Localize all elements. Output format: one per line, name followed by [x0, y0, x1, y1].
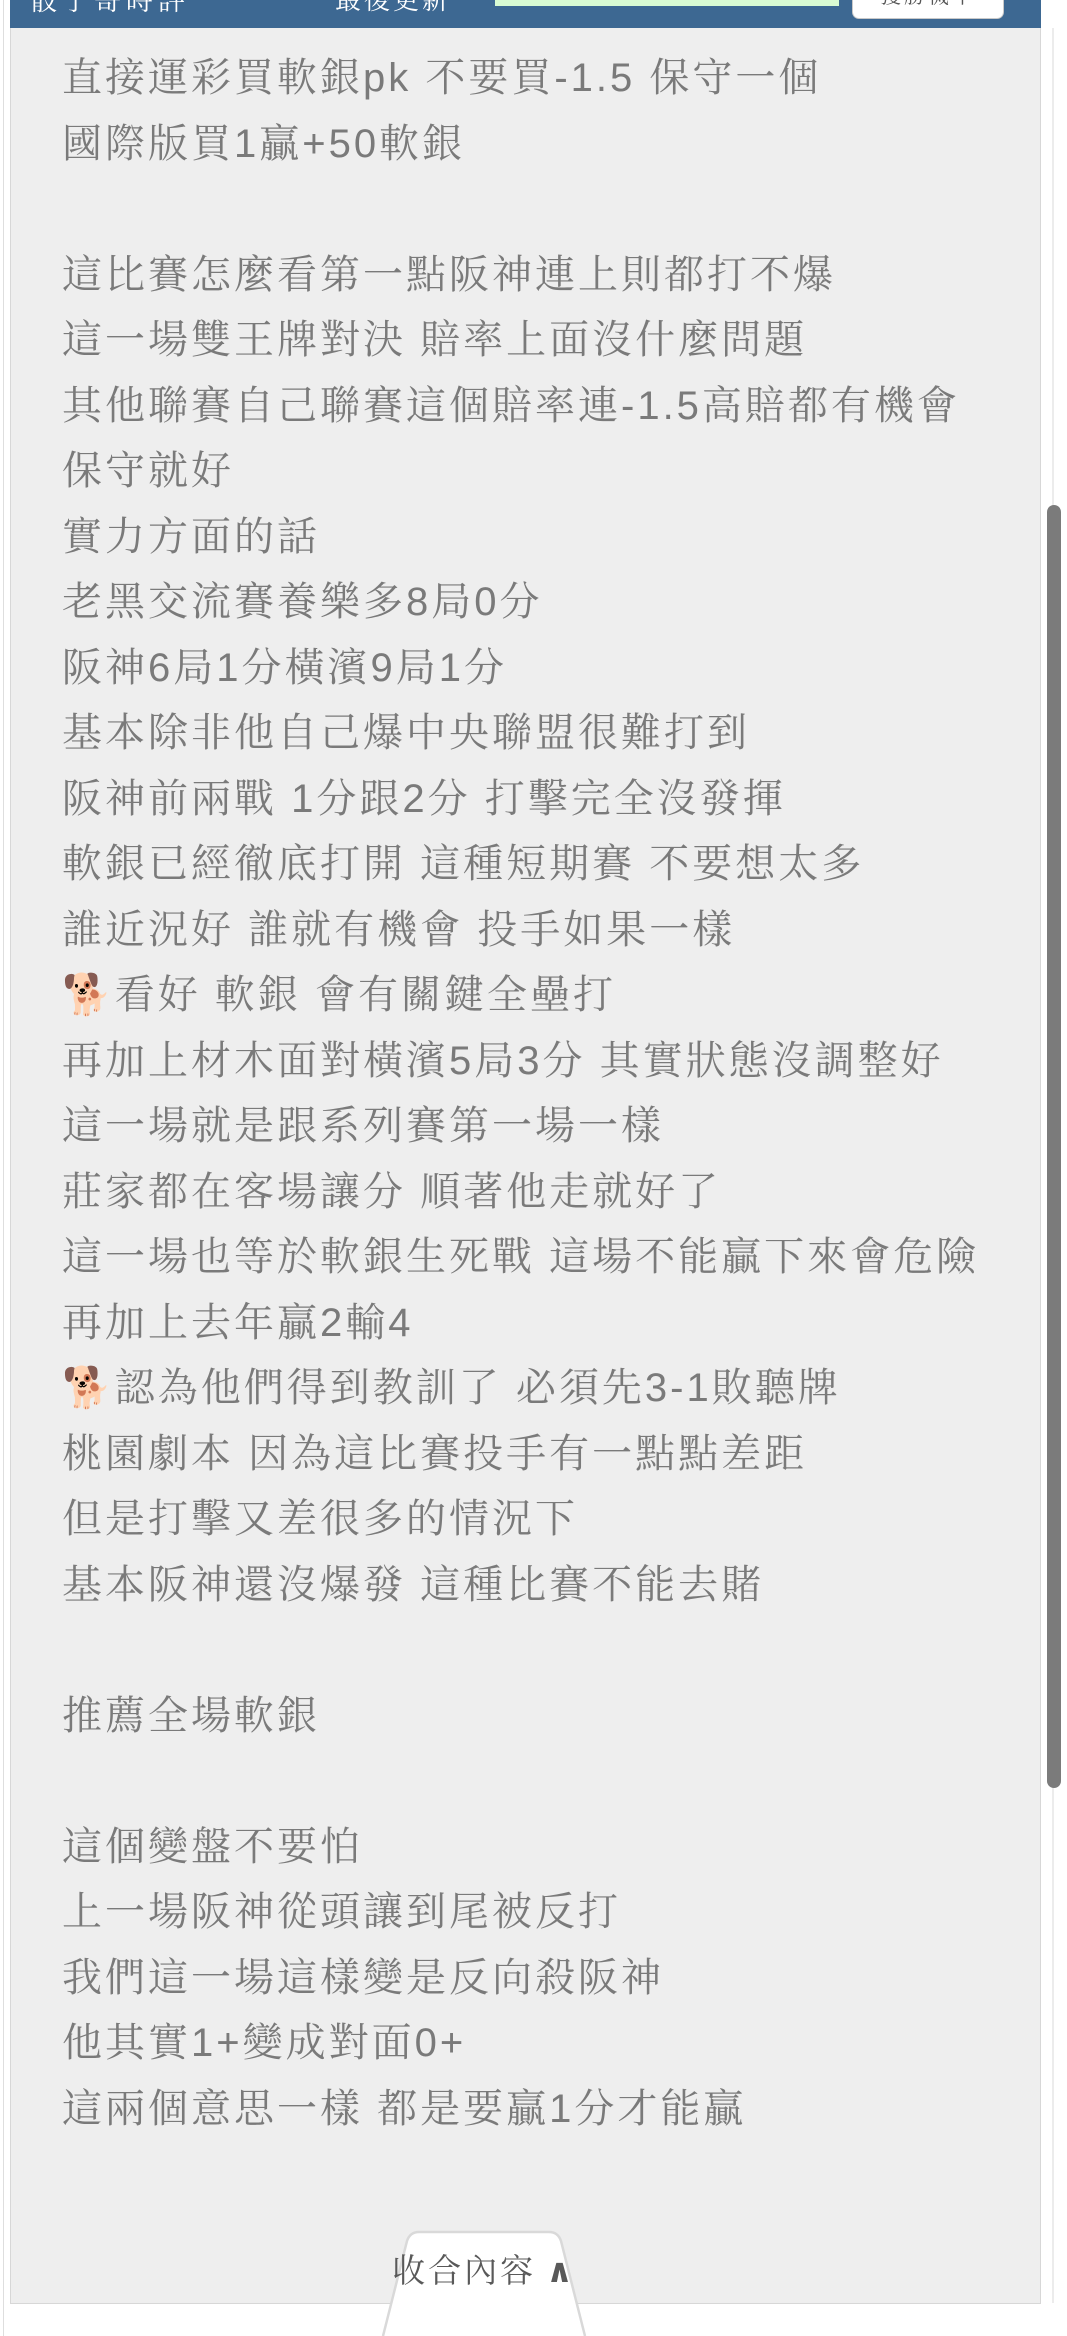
collapse-label-text: 收合內容: [392, 2252, 536, 2289]
article-line: 這個變盤不要怕: [62, 1815, 1011, 1881]
article-line: 上一場阪神從頭讓到尾被反打: [62, 1880, 1011, 1946]
article-body: 直接運彩買軟銀pk 不要買-1.5 保守一個國際版買1贏+50軟銀 這比賽怎麼看…: [10, 28, 1041, 2142]
article-line: 國際版買1贏+50軟銀: [62, 112, 1011, 178]
article-line: 🐕看好 軟銀 會有關鍵全壘打: [62, 963, 1011, 1029]
article-line: 我們這一場這樣變是反向殺阪神: [62, 1946, 1011, 2012]
collapse-content-button[interactable]: 收合內容∧: [377, 2229, 591, 2336]
article-line: [62, 1749, 1011, 1815]
article-line: [62, 1618, 1011, 1684]
article-line: 阪神前兩戰 1分跟2分 打擊完全沒發揮: [62, 767, 1011, 833]
article-line: [62, 177, 1011, 243]
article-line: 這一場也等於軟銀生死戰 這場不能贏下來會危險: [62, 1225, 1011, 1291]
article-line: 他其實1+變成對面0+: [62, 2011, 1011, 2077]
article-line: 推薦全場軟銀: [62, 1684, 1011, 1750]
article-line: 這兩個意思一樣 都是要贏1分才能贏: [62, 2077, 1011, 2143]
article-line: 再加上材木面對橫濱5局3分 其實狀態沒調整好: [62, 1029, 1011, 1095]
article-line: 其他聯賽自己聯賽這個賠率連-1.5高賠都有機會: [62, 374, 1011, 440]
article-line: 老黑交流賽養樂多8局0分: [62, 570, 1011, 636]
article-title: 骰子哥時評: [30, 0, 190, 18]
article-line: 但是打擊又差很多的情況下: [62, 1487, 1011, 1553]
scrollbar-thumb[interactable]: [1047, 505, 1061, 1788]
last-updated-label: 最後更新: [335, 0, 451, 17]
article-line: 保守就好: [62, 439, 1011, 505]
article-line: 🐕認為他們得到教訓了 必須先3-1敗聽牌: [62, 1356, 1011, 1422]
page-left-divider: [3, 0, 4, 2336]
article-line: 莊家都在客場讓分 順著他走就好了: [62, 1160, 1011, 1226]
article-line: 基本除非他自己爆中央聯盟很難打到: [62, 701, 1011, 767]
article-line: 阪神6局1分橫濱9局1分: [62, 636, 1011, 702]
article-line: 誰近況好 誰就有機會 投手如果一樣: [62, 898, 1011, 964]
chevron-up-icon: ∧: [546, 2252, 576, 2289]
article-line: 實力方面的話: [62, 505, 1011, 571]
page: { "header": { "title": "骰子哥時評", "updated…: [0, 0, 1067, 2336]
article-line: 這一場就是跟系列賽第一場一樣: [62, 1094, 1011, 1160]
article-line: 這一場雙王牌對決 賠率上面沒什麼問題: [62, 308, 1011, 374]
article-line: 桃園劇本 因為這比賽投手有一點點差距: [62, 1422, 1011, 1488]
last-updated-value: 2025/10/25 15:45:00: [495, 0, 839, 6]
article-line: 這比賽怎麼看第一點阪神連上則都打不爆: [62, 243, 1011, 309]
win-probability-button[interactable]: 獲勝機率: [852, 0, 1004, 19]
article-line: 再加上去年贏2輸4: [62, 1291, 1011, 1357]
article-line: 直接運彩買軟銀pk 不要買-1.5 保守一個: [62, 46, 1011, 112]
collapse-tab-label: 收合內容∧: [377, 2245, 591, 2292]
article-line: 軟銀已經徹底打開 這種短期賽 不要想太多: [62, 832, 1011, 898]
article-line: 基本阪神還沒爆發 這種比賽不能去賭: [62, 1553, 1011, 1619]
